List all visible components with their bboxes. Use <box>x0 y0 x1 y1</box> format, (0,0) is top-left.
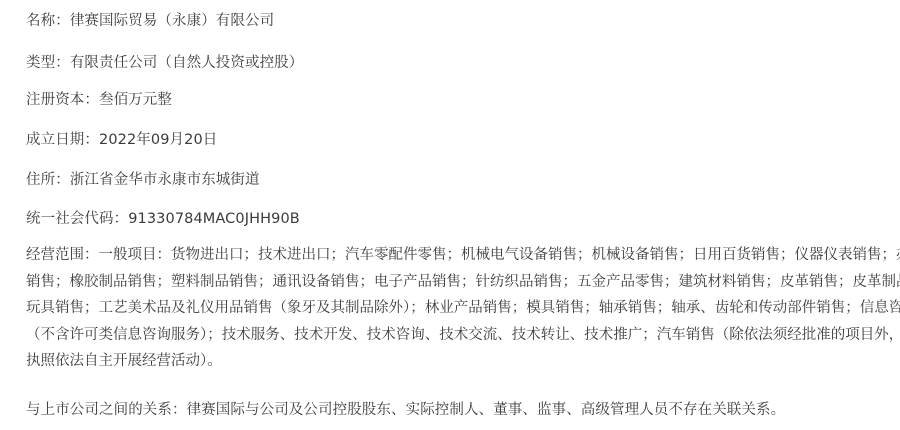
address-line: 住所：浙江省金华市永康市东城街道 <box>26 168 260 189</box>
company-type-line: 类型：有限责任公司（自然人投资或控股） <box>26 51 303 72</box>
credit-code-label: 统一社会代码： <box>26 211 128 227</box>
address-label: 住所： <box>26 172 70 188</box>
established-date-line: 成立日期：2022年09月20日 <box>26 128 217 149</box>
company-name-value: 律赛国际贸易（永康）有限公司 <box>70 13 274 29</box>
business-scope-line: 玩具销售；工艺美术品及礼仪用品销售（象牙及其制品除外）；林业产品销售；模具销售；… <box>26 295 886 322</box>
business-scope-line: 销售；橡胶制品销售；塑料制品销售；通讯设备销售；电子产品销售；针纺织品销售；五金… <box>26 269 886 296</box>
company-info-document: 名称：律赛国际贸易（永康）有限公司 类型：有限责任公司（自然人投资或控股） 注册… <box>0 0 900 430</box>
credit-code-line: 统一社会代码：91330784MAC0JHH90B <box>26 207 300 228</box>
company-type-label: 类型： <box>26 55 70 71</box>
relation-value: 律赛国际与公司及公司控股股东、实际控制人、董事、监事、高级管理人员不存在关联关系… <box>187 402 786 418</box>
registered-capital-value: 叁佰万元整 <box>99 92 172 108</box>
registered-capital-line: 注册资本：叁佰万元整 <box>26 88 172 109</box>
company-type-value: 有限责任公司（自然人投资或控股） <box>70 55 304 71</box>
business-scope-line: 执照依法自主开展经营活动）。 <box>26 348 886 375</box>
listed-company-relation-line: 与上市公司之间的关系：律赛国际与公司及公司控股股东、实际控制人、董事、监事、高级… <box>26 398 785 419</box>
business-scope-line: （不含许可类信息咨询服务）；技术服务、技术开发、技术咨询、技术交流、技术转让、技… <box>26 322 886 349</box>
company-name-line: 名称：律赛国际贸易（永康）有限公司 <box>26 9 274 30</box>
relation-label: 与上市公司之间的关系： <box>26 402 187 418</box>
registered-capital-label: 注册资本： <box>26 92 99 108</box>
business-scope-paragraph: 经营范围：一般项目：货物进出口；技术进出口；汽车零配件零售；机械电气设备销售；机… <box>26 242 886 375</box>
address-value: 浙江省金华市永康市东城街道 <box>70 172 260 188</box>
business-scope-line: 经营范围：一般项目：货物进出口；技术进出口；汽车零配件零售；机械电气设备销售；机… <box>26 242 886 269</box>
credit-code-value: 91330784MAC0JHH90B <box>128 211 300 227</box>
company-name-label: 名称： <box>26 13 70 29</box>
established-date-label: 成立日期： <box>26 132 99 148</box>
established-date-value: 2022年09月20日 <box>99 132 217 148</box>
